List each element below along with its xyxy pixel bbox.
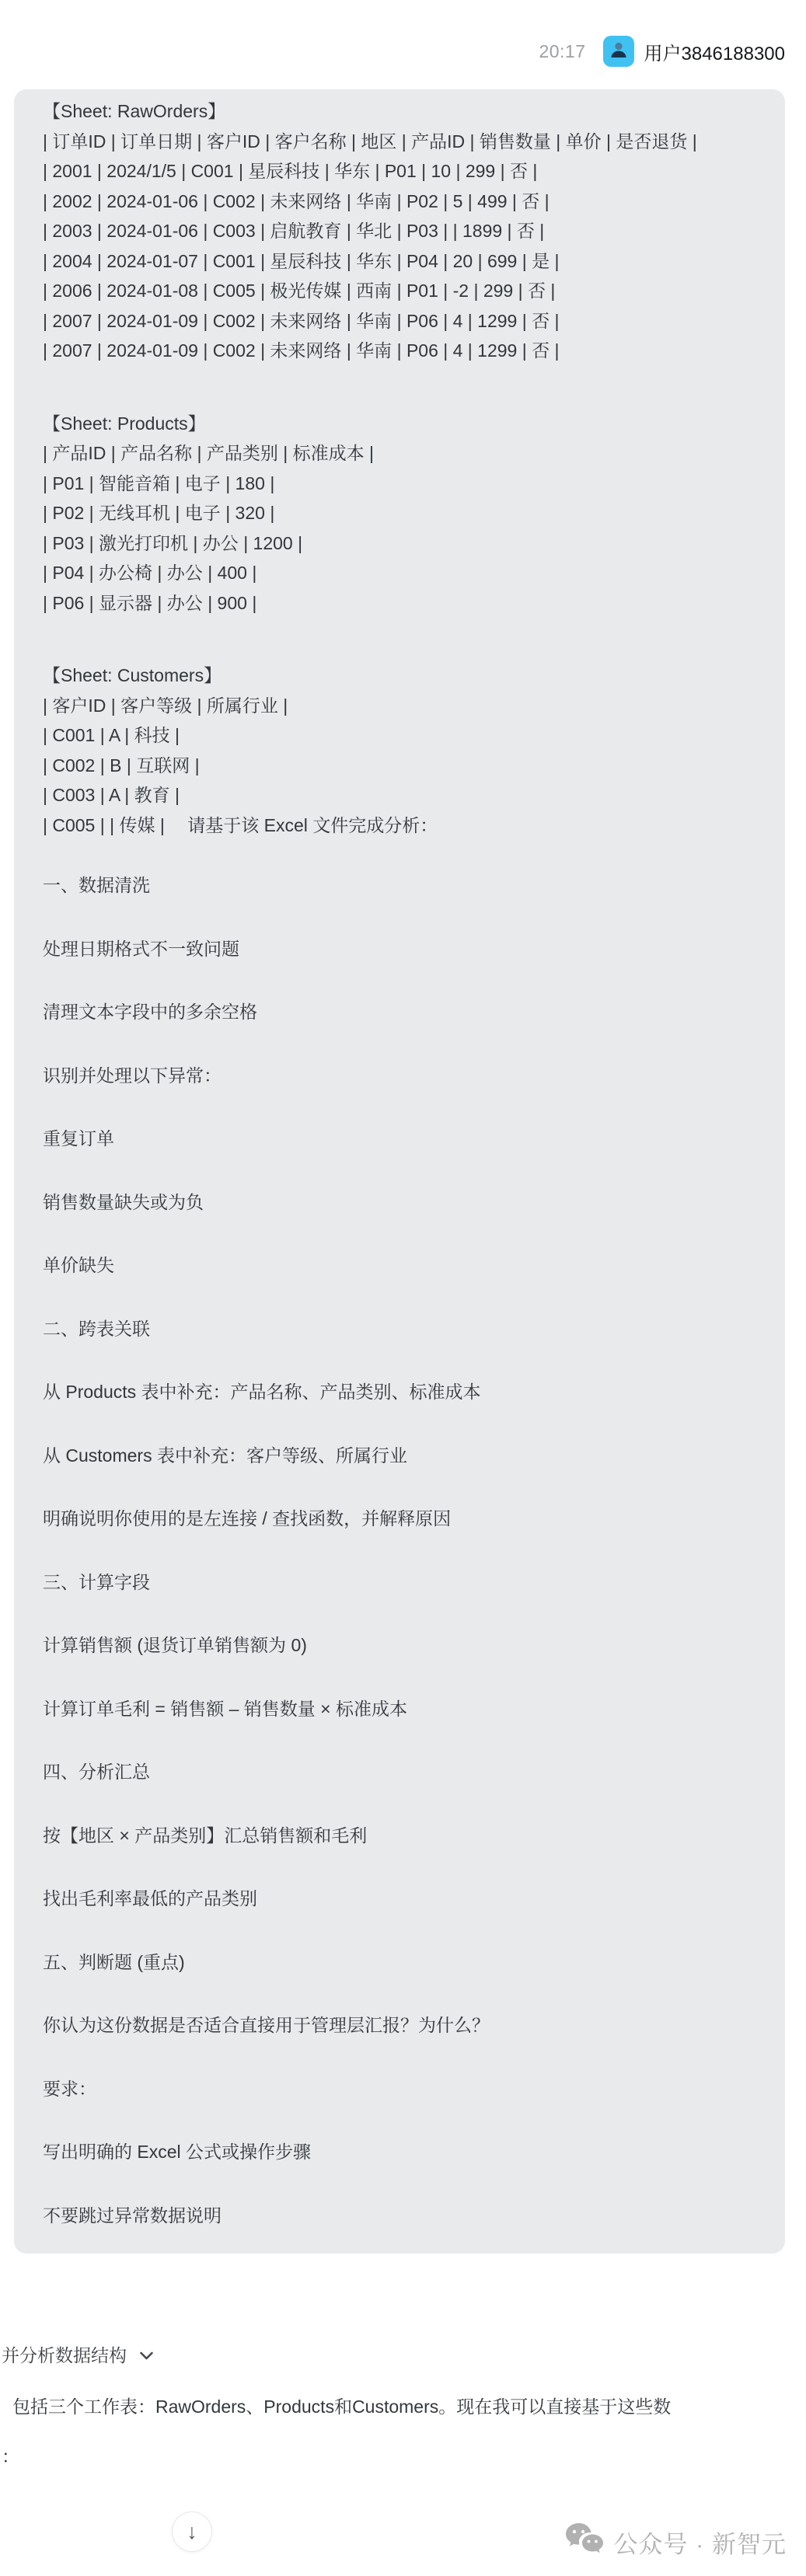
message-paragraph: 明确说明你使用的是左连接 / 查找函数，并解释原因 [43, 1504, 763, 1534]
scroll-to-bottom-button[interactable]: ↓ [172, 2512, 212, 2552]
message-paragraph: 清理文本字段中的多余空格 [43, 997, 763, 1027]
message-paragraph: 处理日期格式不一致问题 [43, 934, 763, 964]
sheet-text-block: 【Sheet: Products】 | 产品ID | 产品名称 | 产品类别 |… [43, 409, 763, 619]
sheet-text-block: 【Sheet: RawOrders】 | 订单ID | 订单日期 | 客户ID … [43, 96, 763, 366]
message-paragraph: 写出明确的 Excel 公式或操作步骤 [43, 2137, 763, 2167]
message-paragraph: 销售数量缺失或为负 [43, 1187, 763, 1218]
message-paragraph: 找出毛利率最低的产品类别 [43, 1884, 763, 1914]
reply-partial-text: 包括三个工作表：RawOrders、Products和Customers。现在我… [12, 2392, 671, 2421]
chevron-down-icon [139, 2351, 154, 2361]
message-paragraph: 识别并处理以下异常： [43, 1061, 763, 1091]
wechat-icon [565, 2522, 613, 2561]
message-paragraph: 你认为这份数据是否适合直接用于管理层汇报？为什么？ [43, 2010, 763, 2041]
sheet-text-block: 【Sheet: Customers】 | 客户ID | 客户等级 | 所属行业 … [43, 661, 763, 840]
watermark-text: 公众号 · 新智元 [613, 2525, 787, 2560]
message-paragraph: 要求： [43, 2074, 763, 2104]
task-paragraphs: 一、数据清洗处理日期格式不一致问题清理文本字段中的多余空格识别并处理以下异常：重… [43, 870, 763, 2230]
message-paragraph: 一、数据清洗 [43, 870, 763, 901]
message-paragraph: 单价缺失 [43, 1250, 763, 1281]
message-paragraph: 四、分析汇总 [43, 1757, 763, 1787]
message-paragraph: 二、跨表关联 [43, 1314, 763, 1344]
reply-partial-colon: ： [2, 2442, 19, 2471]
sheet-blocks: 【Sheet: RawOrders】 | 订单ID | 订单日期 | 客户ID … [43, 96, 763, 840]
message-paragraph: 按【地区 × 产品类别】汇总销售额和毛利 [43, 1821, 763, 1851]
username-label: 用户3846188300 [644, 38, 785, 65]
user-message-bubble: 【Sheet: RawOrders】 | 订单ID | 订单日期 | 客户ID … [14, 89, 785, 2254]
user-avatar[interactable] [603, 36, 634, 67]
down-arrow-icon: ↓ [187, 2520, 197, 2544]
thinking-collapsed-row[interactable]: 并分析数据结构 [2, 2341, 154, 2370]
message-timestamp: 20:17 [539, 41, 585, 62]
message-paragraph: 三、计算字段 [43, 1567, 763, 1598]
message-paragraph: 重复订单 [43, 1124, 763, 1154]
person-icon [609, 40, 629, 64]
message-paragraph: 从 Products 表中补充：产品名称、产品类别、标准成本 [43, 1377, 763, 1407]
message-paragraph: 计算订单毛利 = 销售额 – 销售数量 × 标准成本 [43, 1694, 763, 1724]
thinking-collapsed-label: 并分析数据结构 [2, 2341, 127, 2370]
watermark: 公众号 · 新智元 [565, 2522, 787, 2561]
message-paragraph: 从 Customers 表中补充：客户等级、所属行业 [43, 1441, 763, 1471]
message-paragraph: 计算销售额 (退货订单销售额为 0) [43, 1630, 763, 1661]
message-paragraph: 不要跳过异常数据说明 [43, 2201, 763, 2231]
message-paragraph: 五、判断题 (重点) [43, 1947, 763, 1978]
message-header: 20:17 用户3846188300 [539, 36, 785, 67]
